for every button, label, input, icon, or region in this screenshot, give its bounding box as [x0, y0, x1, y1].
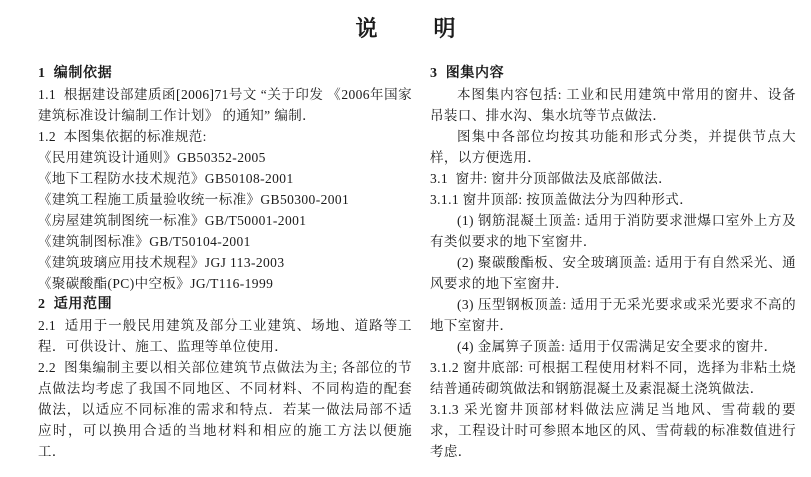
page-title-char-2: 明: [434, 12, 456, 43]
paragraph-2-2: 2.2 图集编制主要以相关部位建筑节点做法为主; 各部位的节点做法均考虑了我国不…: [38, 357, 412, 462]
left-column: 1 编制依据 1.1 根据建设部建质函[2006]71号文 “关于印发 《200…: [38, 63, 412, 462]
section-1-heading: 1 编制依据: [38, 63, 412, 84]
standard-item: 《建筑工程施工质量验收统一标准》GB50300-2001: [38, 189, 412, 210]
document-page: 说 明 1 编制依据 1.1 根据建设部建质函[2006]71号文 “关于印发 …: [0, 0, 811, 477]
paragraph-3-1-3: 3.1.3 采光窗井顶部材料做法应满足当地风、雪荷载的要求，工程设计时可参照本地…: [430, 399, 796, 462]
list-item-3: (3) 压型钢板顶盖: 适用于无采光要求或采光要求不高的地下室窗井．: [430, 294, 796, 336]
section-3-heading: 3 图集内容: [430, 63, 796, 84]
standard-item: 《建筑制图标准》GB/T50104-2001: [38, 231, 412, 252]
list-item-2: (2) 聚碳酸酯板、安全玻璃顶盖: 适用于有自然采光、通风要求的地下室窗井．: [430, 252, 796, 294]
paragraph-3-intro-1: 本图集内容包括: 工业和民用建筑中常用的窗井、设备吊装口、排水沟、集水坑等节点做…: [430, 84, 796, 126]
page-title-char-1: 说: [355, 12, 377, 43]
paragraph-3-1: 3.1 窗井: 窗井分顶部做法及底部做法．: [430, 168, 796, 189]
paragraph-2-1: 2.1 适用于一般民用建筑及部分工业建筑、场地、道路等工程．可供设计、施工、监理…: [38, 315, 412, 357]
standard-item: 《建筑玻璃应用技术规程》JGJ 113-2003: [38, 252, 412, 273]
standard-item: 《民用建筑设计通则》GB50352-2005: [38, 147, 412, 168]
section-2-heading: 2 适用范围: [38, 294, 412, 315]
standard-item: 《房屋建筑制图统一标准》GB/T50001-2001: [38, 210, 412, 231]
list-item-1: (1) 钢筋混凝土顶盖: 适用于消防要求泄爆口室外上方及有类似要求的地下室窗井．: [430, 210, 796, 252]
list-item-4: (4) 金属箅子顶盖: 适用于仅需满足安全要求的窗井．: [430, 336, 796, 357]
paragraph-3-1-1: 3.1.1 窗井顶部: 按顶盖做法分为四种形式．: [430, 189, 796, 210]
right-column: 3 图集内容 本图集内容包括: 工业和民用建筑中常用的窗井、设备吊装口、排水沟、…: [430, 63, 796, 462]
paragraph-1-2: 1.2 本图集依据的标准规范:: [38, 126, 412, 147]
standard-item: 《地下工程防水技术规范》GB50108-2001: [38, 168, 412, 189]
page-title: 说 明: [0, 12, 811, 43]
paragraph-1-1: 1.1 根据建设部建质函[2006]71号文 “关于印发 《2006年国家建筑标…: [38, 84, 412, 126]
standard-item: 《聚碳酸酯(PC)中空板》JG/T116-1999: [38, 273, 412, 294]
paragraph-3-1-2: 3.1.2 窗井底部: 可根据工程使用材料不同，选择为非粘土烧结普通砖砌筑做法和…: [430, 357, 796, 399]
paragraph-3-intro-2: 图集中各部位均按其功能和形式分类，并提供节点大样，以方便选用．: [430, 126, 796, 168]
